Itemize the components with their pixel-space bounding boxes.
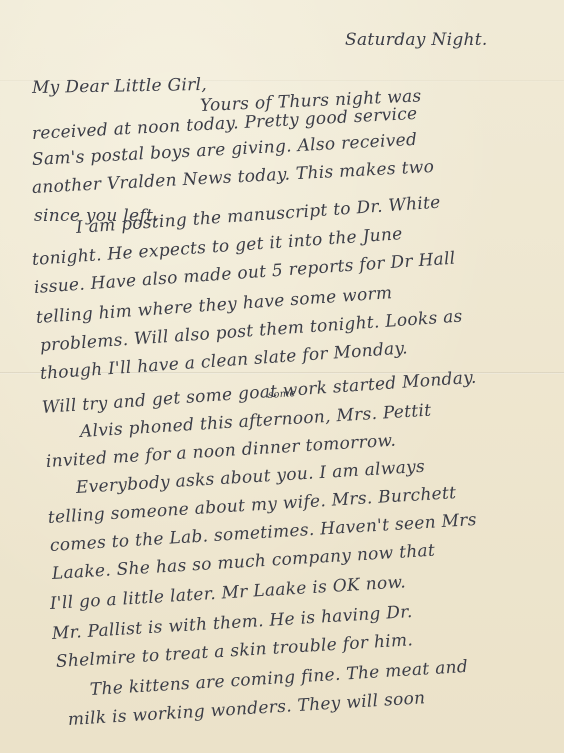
salutation: My Dear Little Girl, [32, 75, 207, 98]
dateline: Saturday Night. [345, 30, 488, 50]
letter-page: Saturday Night. My Dear Little Girl, You… [0, 0, 564, 753]
